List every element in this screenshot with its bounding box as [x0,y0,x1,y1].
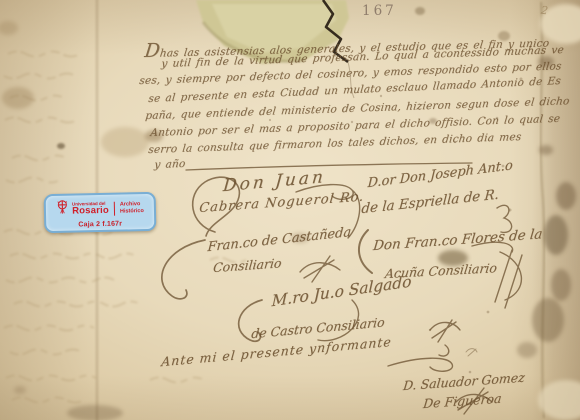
rosario-crest-icon [56,199,69,220]
sig5-rubric [430,320,460,356]
manuscript-line: y año [154,158,186,171]
archive-unit-line2: Histórico [120,208,144,215]
marginal-squiggle [466,349,477,356]
archive-label: Universidad del Rosario Archivo Históric… [44,192,157,233]
label-divider [114,201,115,215]
sig4-bracket [359,230,372,273]
document-scan: 167 2 Dhas las asistensias alos generale… [0,0,580,420]
folio-number-stamp: 167 [362,3,397,19]
archive-label-card: Universidad del Rosario Archivo Históric… [44,192,157,233]
closing-swash [388,358,453,371]
sig3-rubric [300,256,340,282]
university-name: Rosario [72,206,109,216]
sig3-paraph [162,240,205,299]
archive-reference: Caja 2 f.167r [50,219,150,228]
